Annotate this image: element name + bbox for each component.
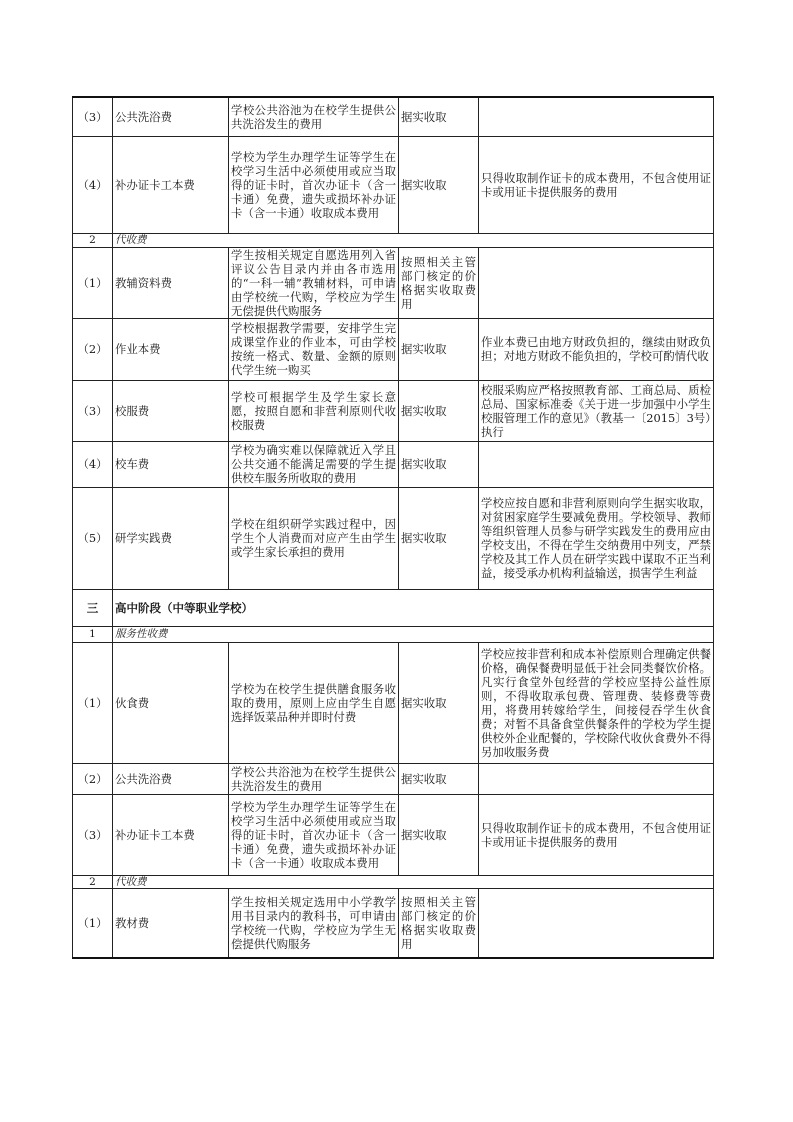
fee-description: 学校根据教学需要，安排学生完成课堂作业的作业本，可由学校按统一格式、数量、金额的… bbox=[229, 318, 399, 380]
fee-note: 作业本费已由地方财政负担的，继续由财政负担；对地方财政不能负担的，学校可酌情代收 bbox=[479, 318, 714, 380]
fee-standard: 据实收取 bbox=[399, 380, 479, 441]
fee-item-row: （1）伙食费学校为在校学生提供膳食服务收取的费用，原则上应由学生自愿选择饭菜品种… bbox=[73, 642, 714, 763]
fee-name: 伙食费 bbox=[113, 642, 229, 763]
fee-item-row: （1）教辅资料费学生按相关规定自愿选用列入省评议公告目录内并由各市选用的“一科一… bbox=[73, 247, 714, 318]
item-index: （4） bbox=[73, 136, 113, 233]
fee-name: 公共洗浴费 bbox=[113, 763, 229, 794]
fee-note bbox=[479, 247, 714, 318]
subsection-row: 2代收费 bbox=[73, 233, 714, 247]
section-header-row: 三高中阶段（中等职业学校） bbox=[73, 589, 714, 626]
fee-item-row: （2）作业本费学校根据教学需要，安排学生完成课堂作业的作业本，可由学校按统一格式… bbox=[73, 318, 714, 380]
fee-name: 公共洗浴费 bbox=[113, 97, 229, 136]
fee-description: 学校为确实难以保障就近入学且公共交通不能满足需要的学生提供校车服务所收取的费用 bbox=[229, 441, 399, 487]
fee-description: 学生按相关规定选用中小学教学用书目录内的教科书，可申请由学校统一代购，学校应为学… bbox=[229, 888, 399, 958]
fee-name: 补办证卡工本费 bbox=[113, 794, 229, 875]
item-index: （1） bbox=[73, 642, 113, 763]
fee-standard: 据实收取 bbox=[399, 642, 479, 763]
fee-name: 作业本费 bbox=[113, 318, 229, 380]
fee-item-row: （3）补办证卡工本费学校为学生办理学生证等学生在校学习生活中必须使用或应当取得的… bbox=[73, 794, 714, 875]
fee-item-row: （3）公共洗浴费学校公共浴池为在校学生提供公共洗浴发生的费用据实收取 bbox=[73, 97, 714, 136]
fee-standard: 据实收取 bbox=[399, 763, 479, 794]
fee-item-row: （2）公共洗浴费学校公共浴池为在校学生提供公共洗浴发生的费用据实收取 bbox=[73, 763, 714, 794]
fee-name: 教辅资料费 bbox=[113, 247, 229, 318]
fee-note: 学校应按非营利和成本补偿原则合理确定供餐价格，确保餐费明显低于社会同类餐饮价格。… bbox=[479, 642, 714, 763]
fee-note: 只得收取制作证卡的成本费用，不包含使用证卡或用证卡提供服务的费用 bbox=[479, 136, 714, 233]
fee-description: 学校公共浴池为在校学生提供公共洗浴发生的费用 bbox=[229, 97, 399, 136]
fee-standard: 据实收取 bbox=[399, 487, 479, 589]
fee-standard: 据实收取 bbox=[399, 136, 479, 233]
fee-description: 学校为学生办理学生证等学生在校学习生活中必须使用或应当取得的证卡时，首次办证卡（… bbox=[229, 794, 399, 875]
fee-name: 教材费 bbox=[113, 888, 229, 958]
fee-item-row: （4）补办证卡工本费学校为学生办理学生证等学生在校学习生活中必须使用或应当取得的… bbox=[73, 136, 714, 233]
subsection-index: 2 bbox=[73, 233, 113, 247]
fee-description: 学校在组织研学实践过程中，因学生个人消费而对应产生由学生或学生家长承担的费用 bbox=[229, 487, 399, 589]
subsection-row: 1服务性收费 bbox=[73, 626, 714, 642]
fee-standard: 按照相关主管部门核定的价格据实收取费用 bbox=[399, 888, 479, 958]
subsection-index: 1 bbox=[73, 626, 113, 642]
fee-item-row: （3）校服费学校可根据学生及学生家长意愿，按照自愿和非营利原则代收校服费据实收取… bbox=[73, 380, 714, 441]
fee-name: 校服费 bbox=[113, 380, 229, 441]
item-index: （1） bbox=[73, 247, 113, 318]
fee-standard: 据实收取 bbox=[399, 794, 479, 875]
fee-note: 只得收取制作证卡的成本费用，不包含使用证卡或用证卡提供服务的费用 bbox=[479, 794, 714, 875]
fee-standard: 按照相关主管部门核定的价格据实收取费用 bbox=[399, 247, 479, 318]
fee-item-row: （1）教材费学生按相关规定选用中小学教学用书目录内的教科书，可申请由学校统一代购… bbox=[73, 888, 714, 958]
fee-standard: 据实收取 bbox=[399, 97, 479, 136]
item-index: （3） bbox=[73, 794, 113, 875]
fee-description: 学校为在校学生提供膳食服务收取的费用，原则上应由学生自愿选择饭菜品种并即时付费 bbox=[229, 642, 399, 763]
section-index: 三 bbox=[73, 589, 113, 626]
fee-standard: 据实收取 bbox=[399, 441, 479, 487]
item-index: （5） bbox=[73, 487, 113, 589]
item-index: （1） bbox=[73, 888, 113, 958]
subsection-title: 代收费 bbox=[113, 233, 714, 247]
fee-description: 学校可根据学生及学生家长意愿，按照自愿和非营利原则代收校服费 bbox=[229, 380, 399, 441]
fee-name: 校车费 bbox=[113, 441, 229, 487]
fee-note bbox=[479, 888, 714, 958]
fee-standard: 据实收取 bbox=[399, 318, 479, 380]
fee-description: 学生按相关规定自愿选用列入省评议公告目录内并由各市选用的“一科一辅”教辅材料，可… bbox=[229, 247, 399, 318]
item-index: （3） bbox=[73, 380, 113, 441]
section-title: 高中阶段（中等职业学校） bbox=[113, 589, 714, 626]
fee-table-body: （3）公共洗浴费学校公共浴池为在校学生提供公共洗浴发生的费用据实收取（4）补办证… bbox=[73, 97, 714, 958]
fee-name: 补办证卡工本费 bbox=[113, 136, 229, 233]
subsection-title: 代收费 bbox=[113, 875, 714, 888]
subsection-index: 2 bbox=[73, 875, 113, 888]
subsection-title: 服务性收费 bbox=[113, 626, 714, 642]
fee-note: 学校应按自愿和非营利原则向学生据实收取，对贫困家庭学生要减免费用。学校领导、教师… bbox=[479, 487, 714, 589]
fee-name: 研学实践费 bbox=[113, 487, 229, 589]
item-index: （4） bbox=[73, 441, 113, 487]
item-index: （3） bbox=[73, 97, 113, 136]
fee-note bbox=[479, 441, 714, 487]
fee-description: 学校为学生办理学生证等学生在校学习生活中必须使用或应当取得的证卡时，首次办证卡（… bbox=[229, 136, 399, 233]
item-index: （2） bbox=[73, 318, 113, 380]
item-index: （2） bbox=[73, 763, 113, 794]
fee-description: 学校公共浴池为在校学生提供公共洗浴发生的费用 bbox=[229, 763, 399, 794]
fee-note: 校服采购应严格按照教育部、工商总局、质检总局、国家标准委《关于进一步加强中小学生… bbox=[479, 380, 714, 441]
fee-note bbox=[479, 97, 714, 136]
fee-item-row: （4）校车费学校为确实难以保障就近入学且公共交通不能满足需要的学生提供校车服务所… bbox=[73, 441, 714, 487]
fee-table: （3）公共洗浴费学校公共浴池为在校学生提供公共洗浴发生的费用据实收取（4）补办证… bbox=[72, 96, 714, 959]
fee-item-row: （5）研学实践费学校在组织研学实践过程中，因学生个人消费而对应产生由学生或学生家… bbox=[73, 487, 714, 589]
subsection-row: 2代收费 bbox=[73, 875, 714, 888]
fee-note bbox=[479, 763, 714, 794]
